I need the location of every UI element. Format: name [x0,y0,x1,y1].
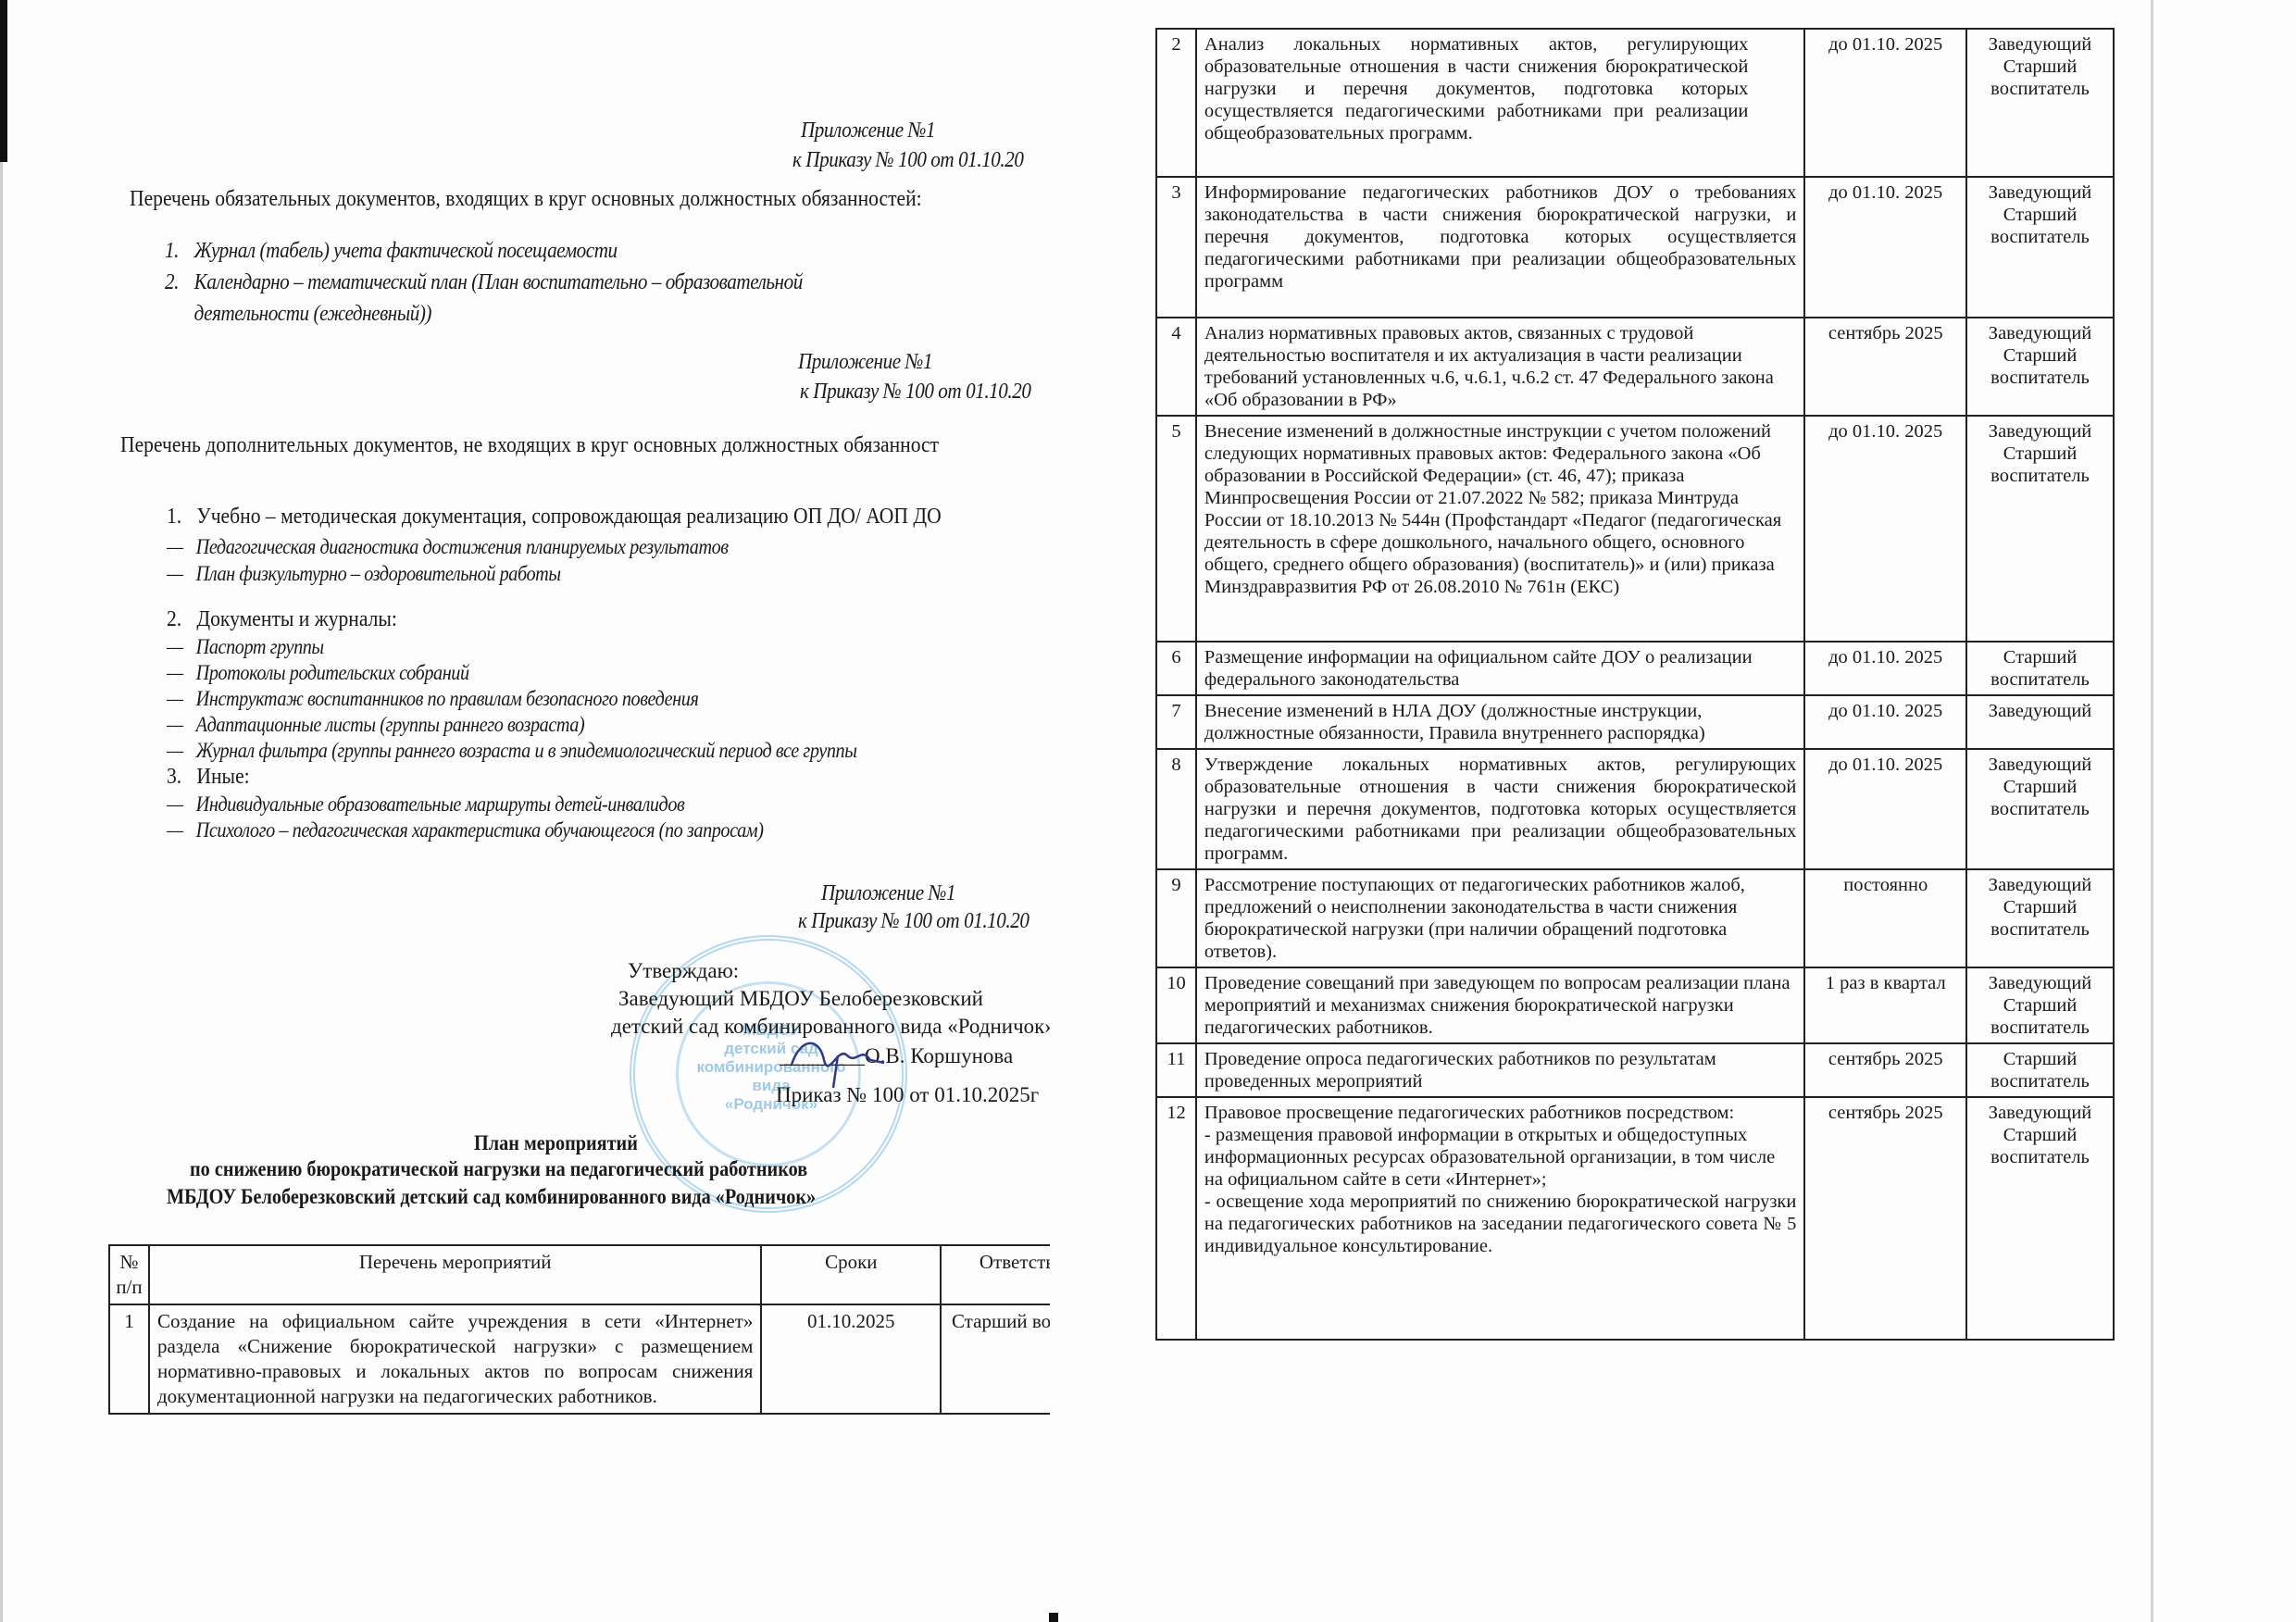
approver-position: Заведующий МБДОУ Белоберезковский [618,987,983,1011]
table-row: 5 Внесение изменений в должностные инстр… [1156,416,2114,642]
left-page: Приложение №1 к Приказу № 100 от 01.10.2… [0,0,1050,1622]
table-row: 7 Внесение изменений в НЛА ДОУ (должност… [1156,695,2114,749]
table-row: 2 Анализ локальных нормативных актов, ре… [1156,29,2114,177]
additional-group-title: 3.Иные: [167,765,250,790]
table-row: 12 Правовое просвещение педагогических р… [1156,1097,2114,1340]
table-row: 1 Создание на официальном сайте учрежден… [109,1304,1050,1414]
table-row: 4 Анализ нормативных правовых актов, свя… [1156,318,2114,416]
approval-order: Приказ № 100 от 01.10.2025г [776,1083,1039,1107]
additional-item: —Педагогическая диагностика достижения п… [167,535,729,559]
additional-heading: Перечень дополнительных документов, не в… [120,433,939,458]
additional-item: —Протоколы родительских собраний [167,661,469,685]
additional-item: —Индивидуальные образовательные маршруты… [167,792,684,817]
table-row: 3 Информирование педагогических работник… [1156,177,2114,318]
plan-title: План мероприятий [474,1131,638,1155]
approve-label: Утверждаю: [628,959,739,983]
scan-mark [1049,1613,1058,1622]
annex-title-1: Приложение №1 [801,119,935,143]
additional-item: —Инструктаж воспитанников по правилам бе… [167,687,698,711]
plan-subtitle: по снижению бюрократической нагрузки на … [190,1157,807,1181]
mandatory-item: 1.Журнал (табель) учета фактической посе… [165,239,618,264]
mandatory-item: 2.Календарно – тематический план (План в… [165,270,803,295]
annex-order-2: к Приказу № 100 от 01.10.20 [800,380,1030,405]
table-header-row: № п/п Перечень мероприятий Сроки Ответст… [109,1245,1050,1304]
plan-organization: МБДОУ Белоберезковский детский сад комби… [167,1185,816,1209]
additional-item: —План физкультурно – оздоровительной раб… [167,562,561,586]
header-responsible: Ответственные [941,1245,1050,1304]
mandatory-item-continued: деятельности (ежедневный)) [165,302,431,327]
additional-group-title: 1.Учебно – методическая документация, со… [167,505,942,530]
additional-item: —Адаптационные листы (группы раннего воз… [167,713,584,737]
table-row: 10 Проведение совещаний при заведующем п… [1156,967,2114,1043]
mandatory-heading: Перечень обязательных документов, входящ… [130,187,922,212]
page-edge-line [2151,0,2153,1622]
table-row: 9 Рассмотрение поступающих от педагогиче… [1156,869,2114,967]
additional-item: —Психолого – педагогическая характеристи… [167,818,764,842]
annex-order-1: к Приказу № 100 от 01.10.20 [792,148,1023,173]
annex-title-3: Приложение №1 [821,881,955,906]
header-deadline: Сроки [761,1245,941,1304]
table-row: 6 Размещение информации на официальном с… [1156,642,2114,695]
header-activity: Перечень мероприятий [149,1245,762,1304]
annex-title-2: Приложение №1 [798,350,932,375]
additional-item: —Паспорт группы [167,635,324,659]
header-num: № п/п [109,1245,149,1304]
additional-group-title: 2.Документы и журналы: [167,607,397,632]
annex-order-3: к Приказу № 100 от 01.10.20 [798,909,1029,934]
additional-item: —Журнал фильтра (группы раннего возраста… [167,739,856,763]
plan-table-part1: № п/п Перечень мероприятий Сроки Ответст… [108,1244,1050,1415]
plan-table-part2: 2 Анализ локальных нормативных актов, ре… [1155,28,2115,1341]
table-row: 8 Утверждение локальных нормативных акто… [1156,749,2114,869]
table-row: 11 Проведение опроса педагогических рабо… [1156,1043,2114,1097]
